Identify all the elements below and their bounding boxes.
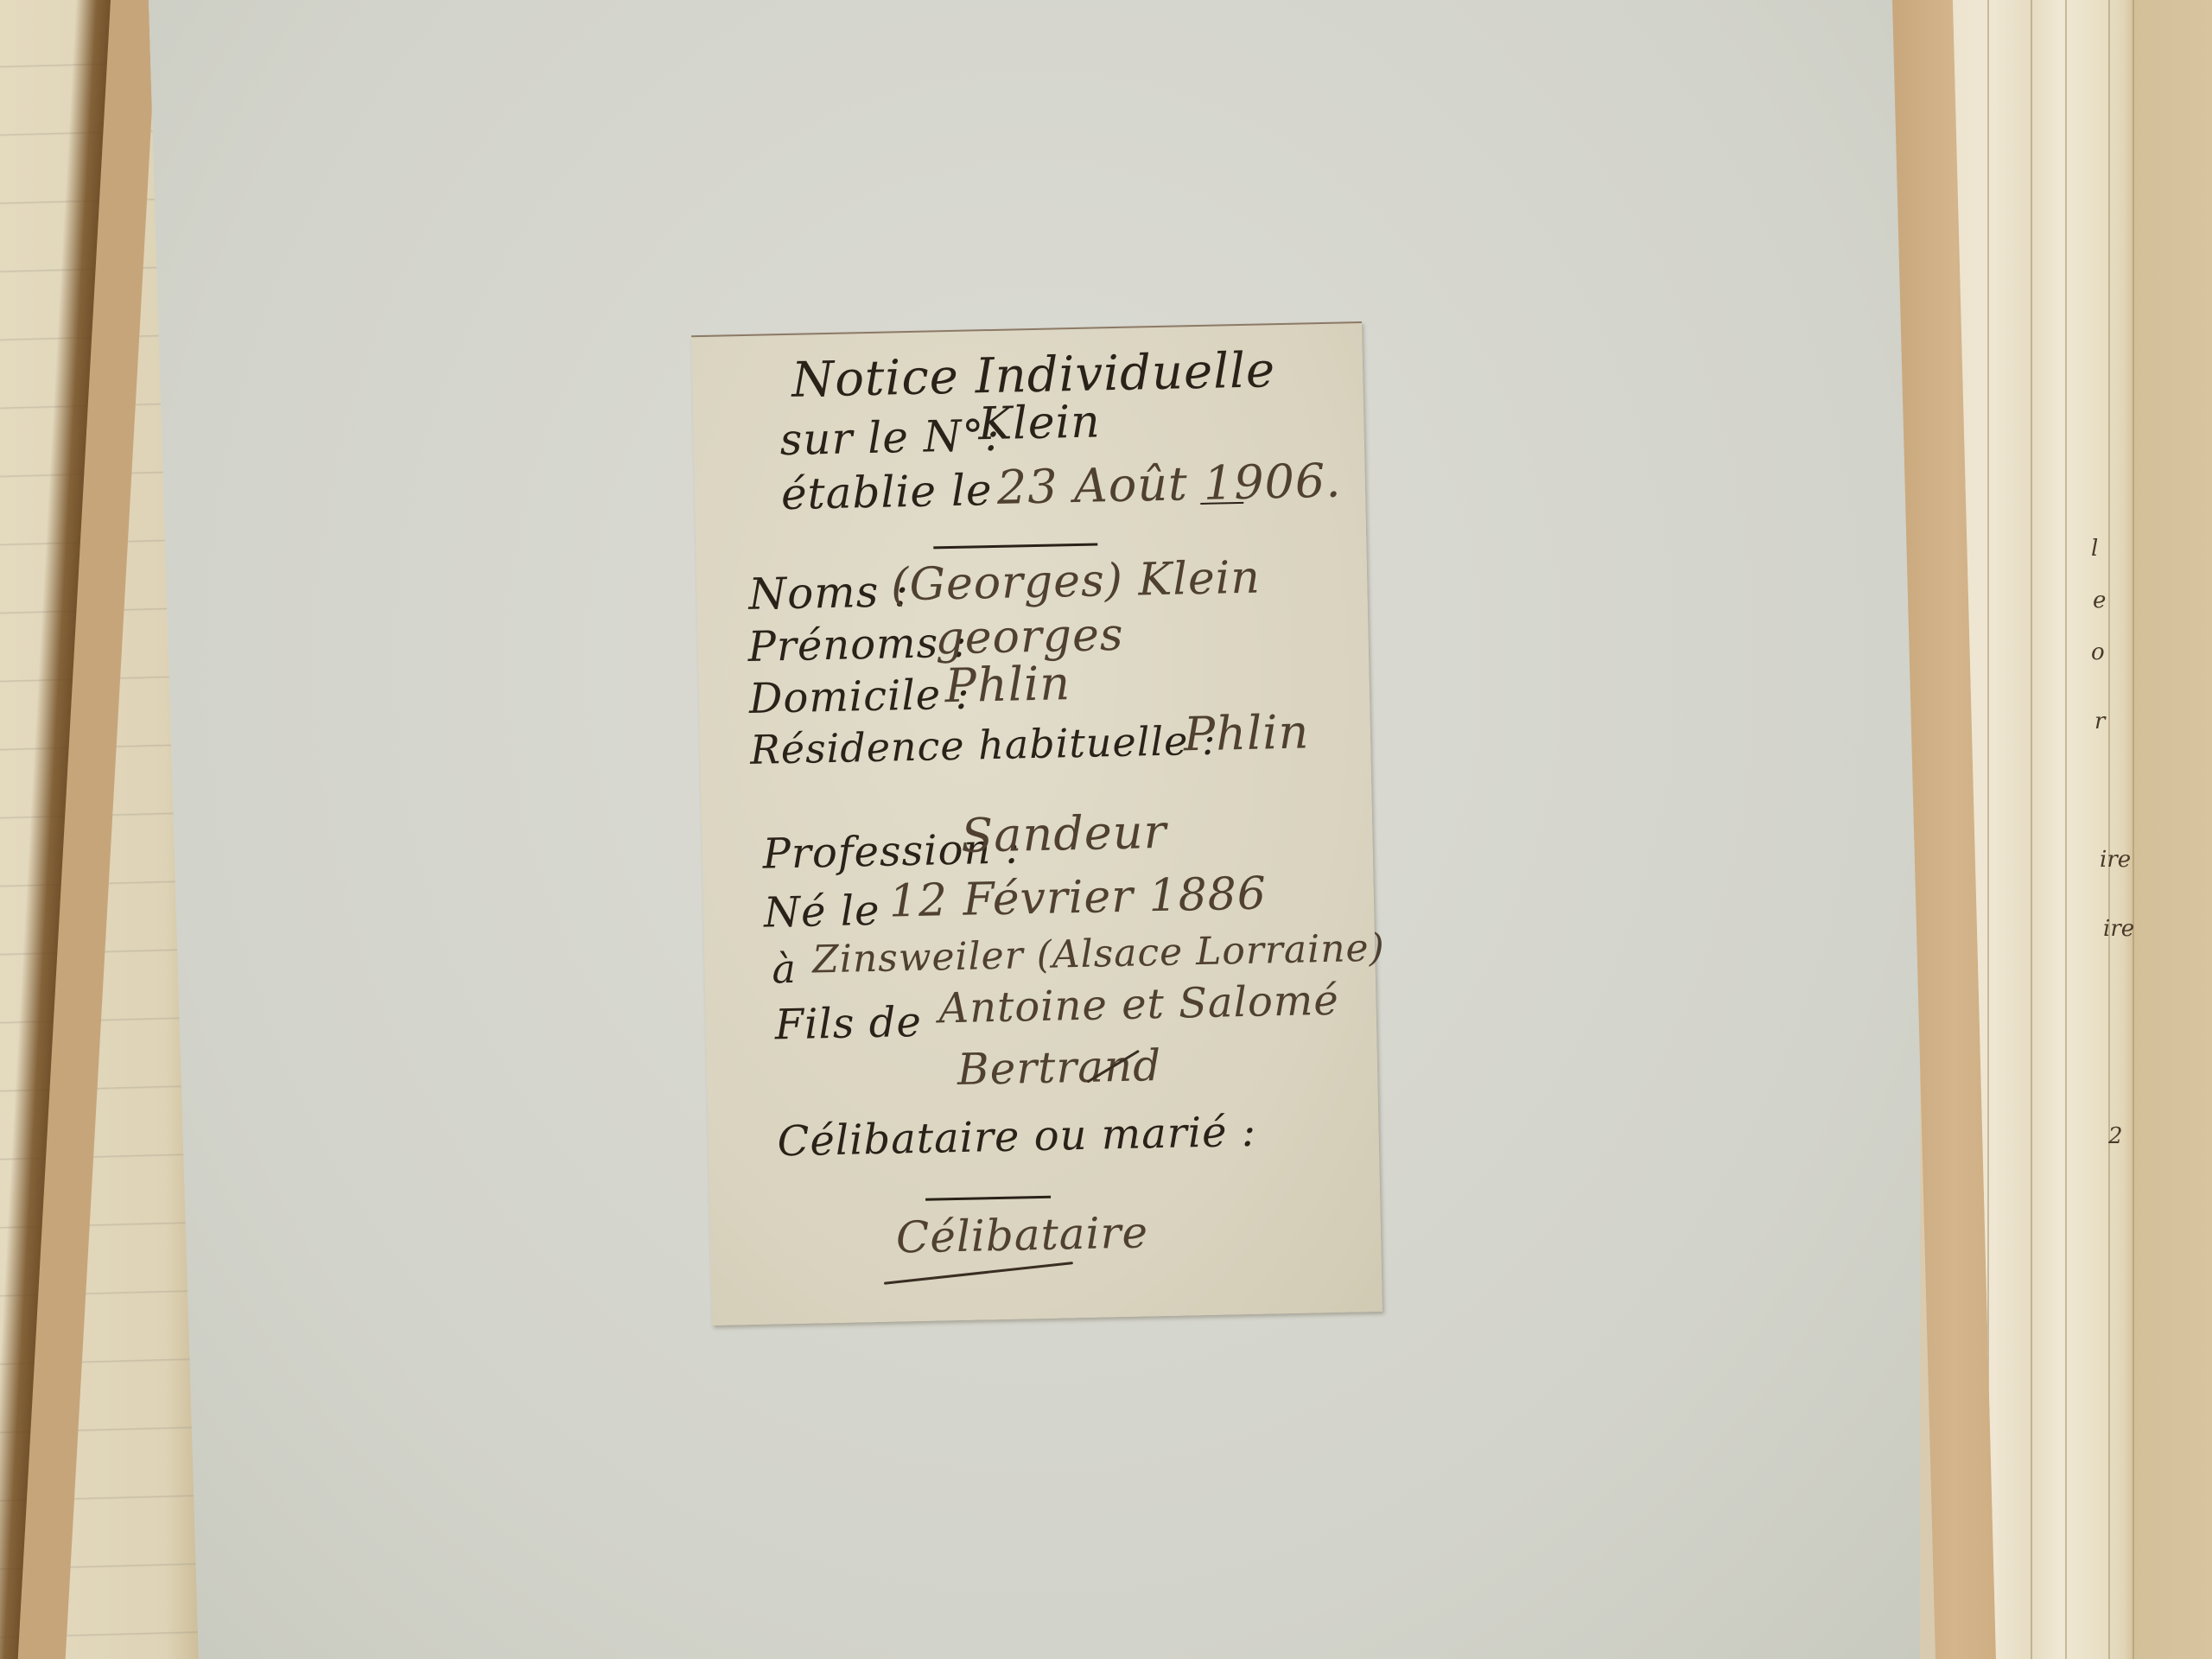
- field-value-parents-surname: Bertrand: [957, 1040, 1161, 1095]
- margin-mark: e: [2093, 588, 2106, 613]
- page-crease: [2108, 0, 2110, 1659]
- marital-status-underline: [884, 1262, 1073, 1285]
- index-card: Notice Individuelle sur le N°: Klein éta…: [691, 321, 1382, 1325]
- date-value: 23 Août 1906.: [996, 454, 1342, 515]
- header-divider: [933, 543, 1097, 549]
- field-value-parents: Antoine et Salomé: [938, 976, 1339, 1033]
- field-value-residence: Phlin: [1183, 704, 1310, 761]
- scanned-document-scene: l e o r ire ire 2 Notice Individuelle su…: [0, 0, 2212, 1659]
- field-label-residence: Résidence habituelle :: [750, 717, 1217, 773]
- margin-mark: ire: [2100, 847, 2131, 873]
- field-label-domicile: Domicile :: [748, 671, 970, 723]
- field-label-marital: Célibataire ou marié :: [777, 1108, 1256, 1166]
- page-crease: [2133, 0, 2134, 1659]
- margin-mark: ire: [2103, 916, 2134, 942]
- page-crease: [2031, 0, 2032, 1659]
- footer-divider: [925, 1196, 1051, 1201]
- field-label-birth-date: Né le: [764, 887, 881, 938]
- field-value-profession: Sandeur: [961, 804, 1167, 863]
- margin-mark: l: [2091, 536, 2098, 562]
- marital-status-value: Célibataire: [895, 1207, 1148, 1262]
- margin-mark: 2: [2108, 1123, 2123, 1149]
- field-label-birth-place: à: [772, 945, 798, 993]
- card-number-value: Klein: [978, 396, 1102, 450]
- field-label-parents: Fils de: [774, 998, 922, 1050]
- date-label: établie le: [780, 465, 993, 519]
- margin-mark: o: [2091, 639, 2105, 665]
- field-value-noms: (Georges) Klein: [891, 552, 1262, 612]
- card-number-label: sur le N°:: [779, 410, 1001, 465]
- field-value-birth-place: Zinsweiler (Alsace Lorraine): [812, 926, 1386, 982]
- field-value-birth-date: 12 Février 1886: [888, 868, 1267, 927]
- page-crease: [2065, 0, 2067, 1659]
- margin-mark: r: [2094, 709, 2105, 734]
- field-label-noms: Noms :: [748, 566, 910, 620]
- field-value-domicile: Phlin: [944, 656, 1071, 713]
